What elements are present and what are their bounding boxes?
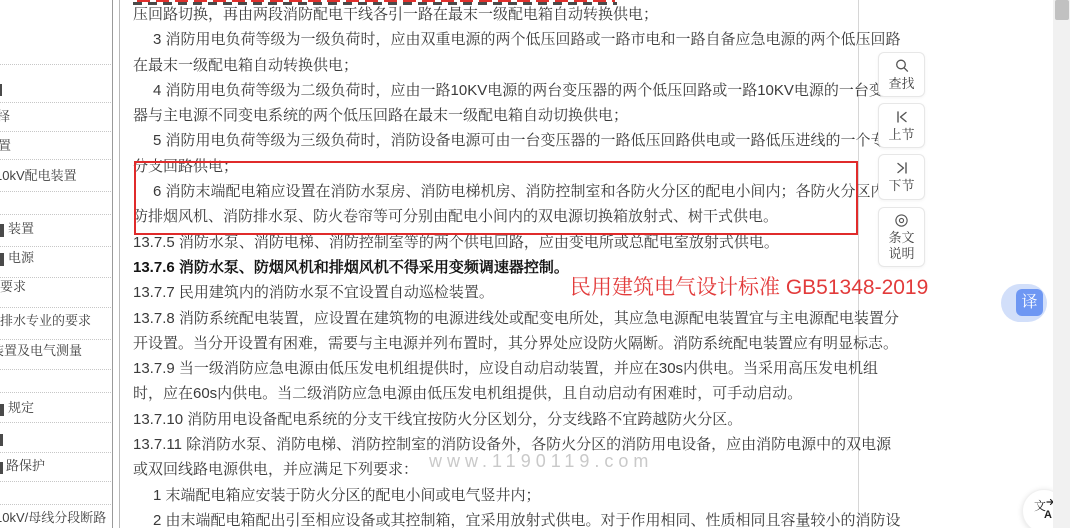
content-line: 5 消防用电负荷等级为三级负荷时，消防设备电源可由一台变压器的一路低压回路供电或… <box>133 128 857 153</box>
sidebar-separator <box>0 159 111 160</box>
clipped-glyph-fragment <box>0 224 4 237</box>
highlight-box <box>134 161 858 235</box>
next-section-icon <box>894 160 910 178</box>
sidebar-item[interactable]: 电源 <box>8 250 34 265</box>
content-left-border <box>119 0 120 528</box>
content-line: 4 消防用电负荷等级为二级负荷时，应由一路10KV电源的两台变压器的两个低压回路… <box>133 78 857 103</box>
sidebar-item[interactable]: 装置及电气测量 <box>0 343 82 358</box>
content-line: 时，应在60s内供电。当二级消防应急电源由低压发电机组提供，且自动启动有困难时，… <box>133 381 857 406</box>
sidebar-item[interactable]: 路保护 <box>6 458 45 473</box>
sidebar-item[interactable]: 要求 <box>0 279 26 294</box>
scrollbar-thumb[interactable] <box>1055 0 1069 20</box>
sidebar-item[interactable]: 置 <box>0 138 11 153</box>
content-line: 开设置。当分开设置有困难，需要与主电源并列布置时，其分界处应设防火隔断。消防系统… <box>133 331 857 356</box>
sidebar-separator <box>0 277 111 278</box>
content-line: 压回路切换，再由两段消防配电干线各引一路在最末一级配电箱自动转换供电； <box>133 2 857 27</box>
next-section-button[interactable]: 下节 <box>878 154 925 200</box>
sidebar-border <box>112 0 113 528</box>
sidebar-item[interactable]: 择 <box>0 109 10 124</box>
content-line: 13.7.9 当一级消防应急电源由低压发电机组提供时，应设自动启动装置，并应在3… <box>133 356 857 381</box>
sidebar-item[interactable]: 装置 <box>8 221 34 236</box>
sidebar-separator <box>0 131 111 132</box>
sidebar-separator <box>0 64 111 65</box>
content-line: 器与主电源不同变电系统的两个低压回路在最末一级配电箱自动切换供电； <box>133 103 857 128</box>
sidebar-separator <box>0 246 111 247</box>
find-button-label: 查找 <box>888 76 914 92</box>
translate-badge[interactable]: 译 <box>1001 284 1047 322</box>
prev-section-label: 上节 <box>888 127 914 143</box>
sidebar-separator <box>0 369 111 370</box>
sidebar-separator <box>0 307 111 308</box>
sidebar-separator <box>0 504 111 505</box>
sidebar: 择置10kV配电装置装置电源要求排水专业的要求装置及电气测量规定路保护10kV/… <box>0 0 112 528</box>
sidebar-separator <box>0 452 111 453</box>
document-body: 压回路切换，再由两段消防配电干线各引一路在最末一级配电箱自动转换供电；3 消防用… <box>133 2 857 528</box>
scrollbar-track[interactable] <box>1053 0 1070 528</box>
svg-text:A: A <box>1044 509 1052 521</box>
content-line: 13.7.10 消防用电设备配电系统的分支干线宜按防火分区划分，分支线路不宜跨越… <box>133 407 857 432</box>
content-line: 在最末一级配电箱自动转换供电； <box>133 53 857 78</box>
clipped-glyph-fragment <box>0 434 3 446</box>
sidebar-separator <box>0 214 111 215</box>
clause-explanation-label: 条文说明 <box>888 230 916 262</box>
standard-title-annotation: 民用建筑电气设计标准 GB51348-2019 <box>570 271 928 301</box>
sidebar-separator <box>0 422 111 423</box>
next-section-label: 下节 <box>888 178 914 194</box>
clause-explanation-button[interactable]: 条文说明 <box>878 207 925 267</box>
clipped-glyph-fragment <box>0 462 3 474</box>
prev-section-icon <box>894 109 910 127</box>
search-icon <box>894 58 910 76</box>
sidebar-item[interactable]: 排水专业的要求 <box>0 313 91 328</box>
sidebar-item[interactable]: 10kV配电装置 <box>0 168 77 183</box>
sidebar-item[interactable]: 规定 <box>8 400 34 415</box>
content-line: 3 消防用电负荷等级为一级负荷时，应由双重电源的两个低压回路或一路市电和一路自备… <box>133 27 857 52</box>
prev-section-button[interactable]: 上节 <box>878 103 925 148</box>
translate-badge-icon: 译 <box>1016 289 1043 316</box>
sidebar-separator <box>0 481 111 482</box>
clipped-glyph-fragment <box>0 253 4 266</box>
clipped-glyph-fragment <box>0 404 4 416</box>
content-line: 13.7.8 消防系统配电装置，应设置在建筑物的电源进线处或配变电所处，其应急电… <box>133 306 857 331</box>
sidebar-separator <box>0 392 111 393</box>
watermark: www.1190119.com <box>429 451 653 472</box>
clipped-glyph-fragment <box>0 84 2 96</box>
sidebar-separator <box>0 339 111 340</box>
content-line: 2 由末端配电箱配出引至相应设备或其控制箱，宜采用放射式供电。对于作用相同、性质… <box>133 508 857 528</box>
sidebar-separator <box>0 191 111 192</box>
sidebar-item[interactable]: 10kV/母线分段断路 <box>0 510 106 525</box>
eye-icon <box>894 213 909 230</box>
sidebar-separator <box>0 102 111 103</box>
find-button[interactable]: 查找 <box>878 52 925 97</box>
content-line: 1 末端配电箱应安装于防火分区的配电小间或电气竖井内； <box>133 483 857 508</box>
